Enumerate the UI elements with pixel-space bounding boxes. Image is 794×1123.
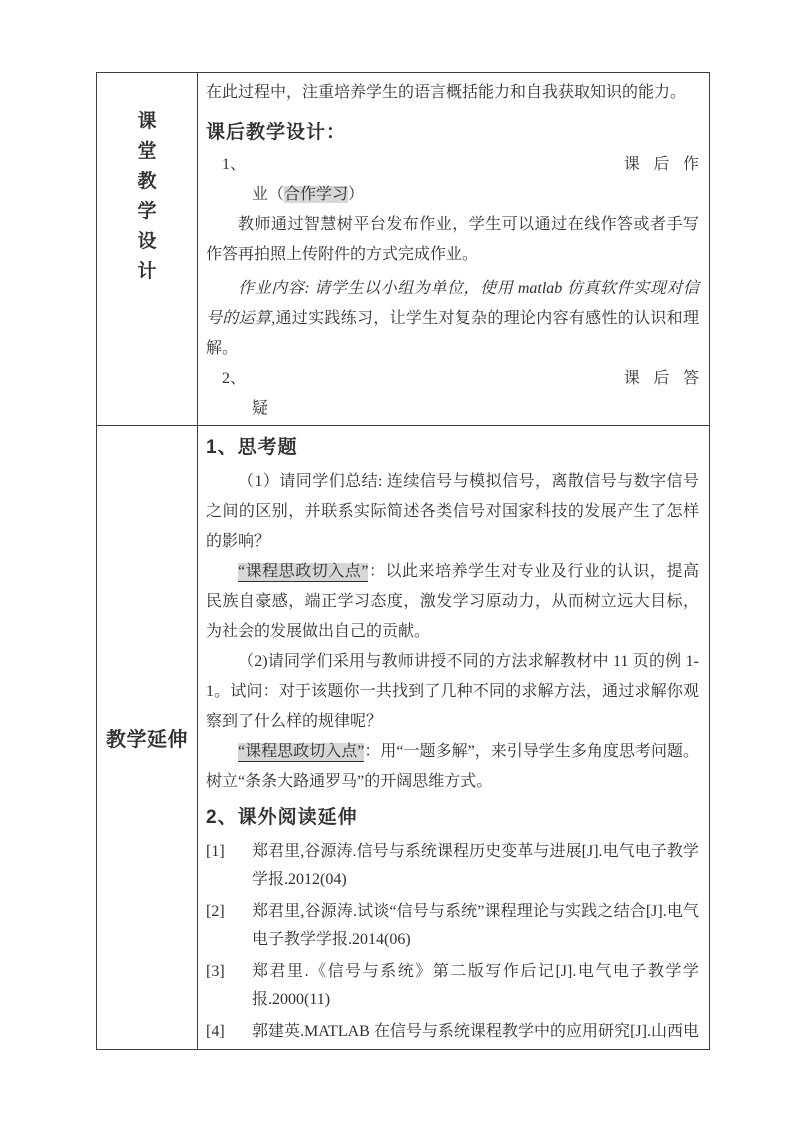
after-class-heading: 课后教学设计： — [206, 117, 699, 148]
qa-item-line: 2、 课后答 — [206, 364, 699, 394]
vertical-label-char: 设 — [137, 227, 156, 257]
homework-publish-paragraph: 教师通过智慧树平台发布作业，学生可以通过在线作答或者手写作答再拍照上传附件的方式… — [206, 210, 699, 270]
homework-content-rest: 通过实践练习，让学生对复杂的理论内容有感性的认识和理解。 — [206, 310, 699, 357]
reference-text: 郑君里.《信号与系统》第二版写作后记[J].电气电子教学学报.2000(11) — [252, 958, 699, 1014]
ideology-point-2-paragraph: “课程思政切入点”：用“一题多解”，来引导学生多角度思考问题。树立“条条大路通罗… — [206, 737, 699, 797]
reference-marker: [3] — [206, 958, 252, 1014]
reference-item: [4] 郭建英.MATLAB 在信号与系统课程教学中的应用研究[J].山西电子 — [206, 1018, 699, 1050]
homework-item-title: 课后作 — [624, 150, 709, 180]
reference-item: [3] 郑君里.《信号与系统》第二版写作后记[J].电气电子教学学报.2000(… — [206, 958, 699, 1014]
reference-text: 郭建英.MATLAB 在信号与系统课程教学中的应用研究[J].山西电子 — [252, 1018, 699, 1050]
qa-item-title: 课后答 — [624, 364, 709, 394]
reading-extension-heading: 2、课外阅读延伸 — [206, 802, 699, 833]
reference-item: [1] 郑君里,谷源涛.信号与系统课程历史变革与进展[J].电气电子教学学报.2… — [206, 838, 699, 894]
reference-marker: [4] — [206, 1018, 252, 1050]
qa-item-number: 2、 — [222, 364, 246, 394]
homework-item-wrap-line: 业（合作学习） — [206, 180, 699, 210]
homework-content-paragraph: 作业内容: 请学生以小组为单位，使用 matlab 仿真软件实现对信号的运算,通… — [206, 274, 699, 364]
vertical-label-char: 教 — [137, 167, 156, 197]
homework-wrap-pre: 业（ — [252, 186, 284, 203]
ideology-point-1-paragraph: “课程思政切入点”：以此来培养学生对专业及行业的认识，提高民族自豪感，端正学习态… — [206, 557, 699, 647]
question-2-paragraph: （2)请同学们采用与教师讲授不同的方法求解教材中 11 页的例 1-1。试问：对… — [206, 647, 699, 737]
reference-item: [2] 郑君里,谷源涛.试谈“信号与系统”课程理论与实践之结合[J].电气电子教… — [206, 898, 699, 954]
document-page: 课 堂 教 学 设 计 在此过程中，注重培养学生的语言概括能力和自我获取知识的能… — [0, 0, 794, 1123]
vertical-label-char: 计 — [137, 257, 156, 287]
intro-paragraph: 在此过程中，注重培养学生的语言概括能力和自我获取知识的能力。 — [206, 78, 699, 108]
homework-item-line: 1、 课后作 — [206, 150, 699, 180]
reference-marker: [1] — [206, 838, 252, 894]
after-class-design-cell: 在此过程中，注重培养学生的语言概括能力和自我获取知识的能力。 课后教学设计： 1… — [198, 73, 709, 426]
vertical-label-char: 学 — [137, 197, 156, 227]
homework-item-number: 1、 — [222, 150, 246, 180]
lesson-plan-table: 课 堂 教 学 设 计 在此过程中，注重培养学生的语言概括能力和自我获取知识的能… — [96, 72, 710, 1050]
reference-text: 郑君里,谷源涛.试谈“信号与系统”课程理论与实践之结合[J].电气电子教学学报.… — [252, 898, 699, 954]
ideology-highlight-2: “课程思政切入点” — [238, 743, 364, 762]
homework-wrap-post: ） — [348, 186, 364, 203]
reference-text: 郑君里,谷源涛.信号与系统课程历史变革与进展[J].电气电子教学学报.2012(… — [252, 838, 699, 894]
question-1-paragraph: （1）请同学们总结: 连续信号与模拟信号，离散信号与数字信号之间的区别，并联系实… — [206, 467, 699, 557]
vertical-label-char: 课 — [137, 107, 156, 137]
reference-marker: [2] — [206, 898, 252, 954]
ideology-highlight-1: “课程思政切入点” — [238, 563, 368, 582]
teaching-extension-cell: 1、思考题 （1）请同学们总结: 连续信号与模拟信号，离散信号与数字信号之间的区… — [198, 426, 709, 1050]
thinking-questions-heading: 1、思考题 — [206, 432, 699, 463]
row-label-classroom-teaching-design: 课 堂 教 学 设 计 — [97, 73, 198, 426]
vertical-label: 课 堂 教 学 设 计 — [137, 107, 156, 287]
row-label-teaching-extension: 教学延伸 — [97, 426, 198, 1050]
vertical-label-char: 堂 — [137, 137, 156, 167]
teaching-extension-label: 教学延伸 — [106, 723, 188, 752]
qa-item-wrap-line: 疑 — [206, 394, 699, 424]
cooperative-learning-highlight: 合作学习 — [284, 186, 348, 203]
